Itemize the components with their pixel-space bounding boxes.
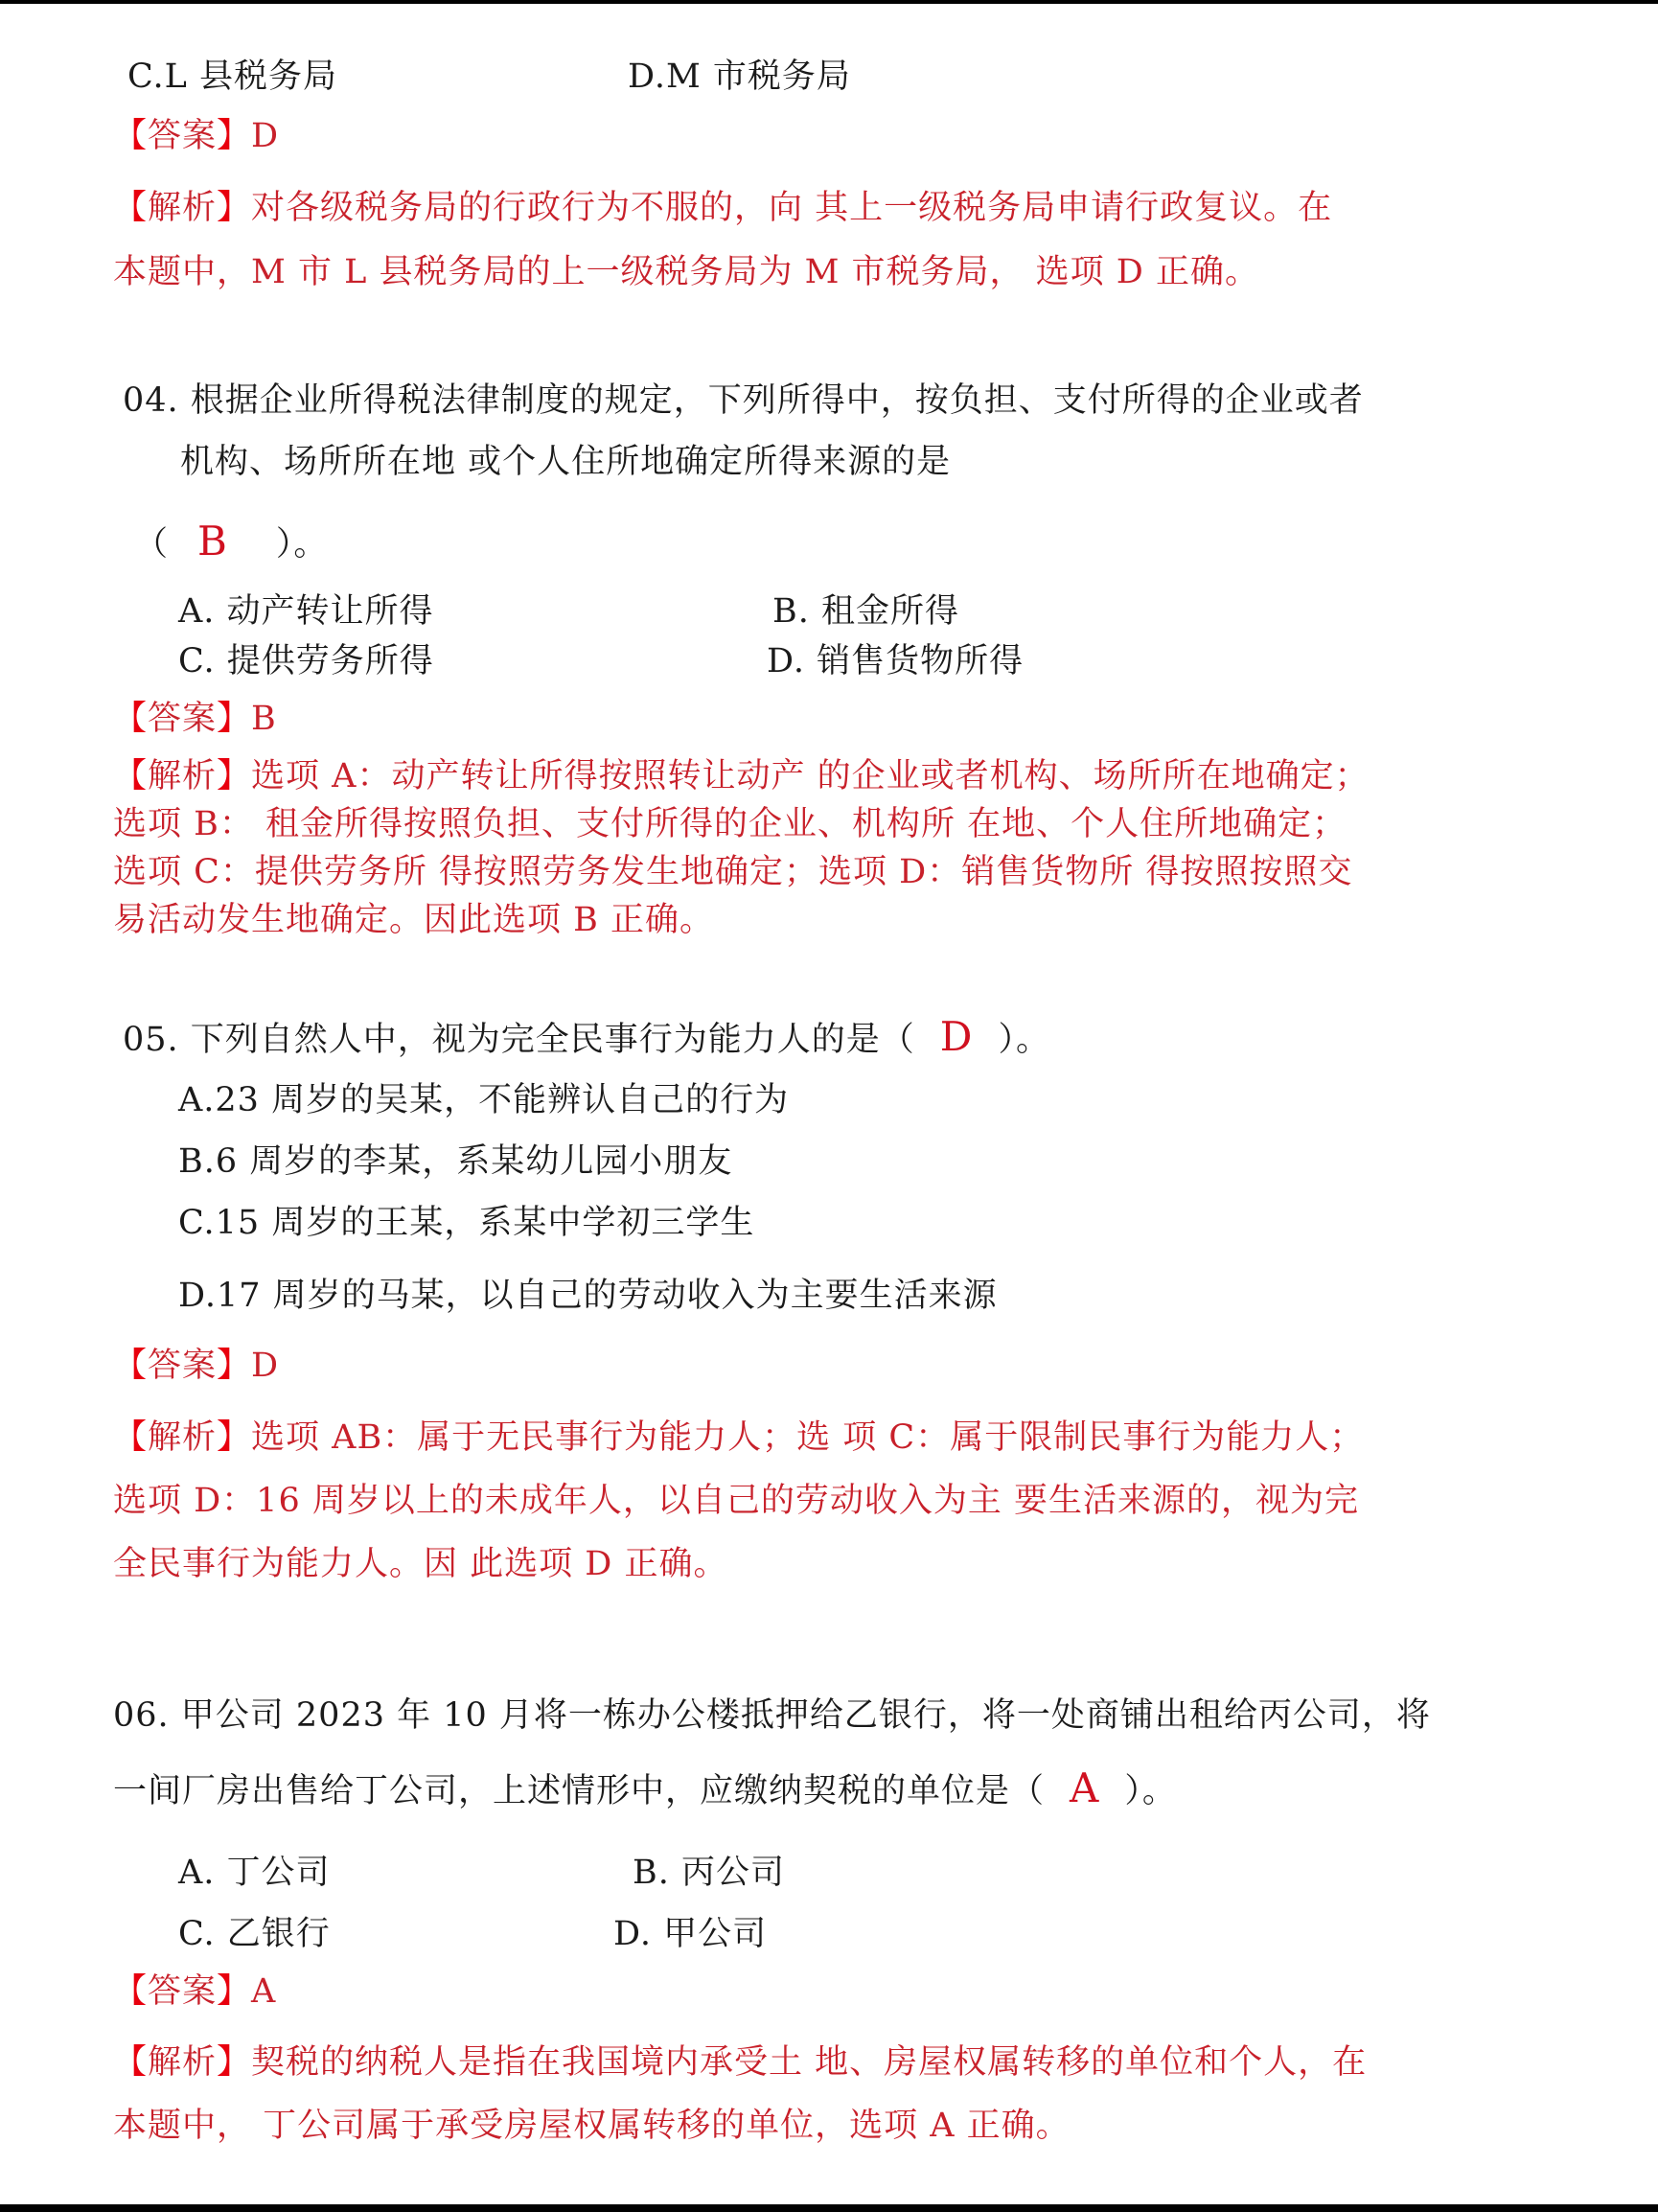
blank-answer: D — [940, 1013, 974, 1060]
question-stem: 06. 甲公司 2023 年 10 月将一栋办公楼抵押给乙银行，将一处商铺出租给… — [113, 1696, 1431, 1735]
analysis-line: 选项 B： 租金所得按照负担、支付所得的企业、机构所 在地、个人住所地确定； — [113, 805, 1347, 843]
analysis-line: 【解析】选项 A：动产转让所得按照转让动产 的企业或者机构、场所所在地确定； — [113, 757, 1370, 795]
analysis-line: 【解析】对各级税务局的行政行为不服的，向 其上一级税务局申请行政复议。在 — [113, 189, 1332, 227]
blank-answer: A — [1070, 1764, 1099, 1811]
answer-label: 答案 — [148, 117, 217, 155]
analysis-text: 对各级税务局的行政行为不服的，向 其上一级税务局申请行政复议。在 — [251, 189, 1332, 227]
question-stem: 一间厂房出售给丁公司，上述情形中，应缴纳契税的单位是（A）。 — [113, 1769, 1177, 1810]
bracket-close: 】 — [217, 189, 251, 227]
analysis-line: 选项 C：提供劳务所 得按照劳务发生地确定；选项 D：销售货物所 得按照按照交 — [113, 853, 1352, 891]
option-c: C. 乙银行 — [178, 1915, 331, 1953]
paren-close: ）。 — [1124, 1772, 1177, 1810]
bracket-open: 【 — [113, 1418, 148, 1457]
analysis-label: 解析 — [148, 2043, 217, 2082]
bracket-close: 】 — [217, 2043, 251, 2082]
answer-value: D — [251, 117, 279, 155]
bracket-open: 【 — [113, 757, 148, 795]
analysis-line: 【解析】契税的纳税人是指在我国境内承受土 地、房屋权属转移的单位和个人，在 — [113, 2043, 1367, 2082]
question-stem: 05. 下列自然人中，视为完全民事行为能力人的是（D）。 — [123, 1018, 1050, 1059]
analysis-label: 解析 — [148, 1418, 217, 1457]
question-stem: 机构、场所所在地 或个人住所地确定所得来源的是 — [180, 443, 951, 481]
option-a: A. 丁公司 — [178, 1854, 331, 1892]
analysis-line: 【解析】选项 AB：属于无民事行为能力人；选 项 C：属于限制民事行为能力人； — [113, 1418, 1364, 1457]
analysis-line: 全民事行为能力人。因 此选项 D 正确。 — [113, 1545, 727, 1583]
answer-line: 【答案】D — [113, 117, 279, 155]
bracket-close: 】 — [217, 1972, 251, 2011]
option-d: D. 销售货物所得 — [767, 642, 1024, 680]
option-b: B.6 周岁的李某，系某幼儿园小朋友 — [178, 1142, 732, 1181]
bracket-open: 【 — [113, 1347, 148, 1385]
bracket-close: 】 — [217, 117, 251, 155]
bracket-close: 】 — [217, 1418, 251, 1457]
analysis-text: 契税的纳税人是指在我国境内承受土 地、房屋权属转移的单位和个人，在 — [251, 2043, 1367, 2082]
answer-line: 【答案】D — [113, 1347, 279, 1385]
bracket-open: 【 — [113, 700, 148, 738]
option-c: C.L 县税务局 — [127, 58, 337, 96]
stem-text: 05. 下列自然人中，视为完全民事行为能力人的是（ — [123, 1021, 915, 1059]
bracket-close: 】 — [217, 700, 251, 738]
option-b: B. 租金所得 — [772, 592, 959, 631]
stem-text: 一间厂房出售给丁公司，上述情形中，应缴纳契税的单位是（ — [113, 1772, 1045, 1810]
answer-value: A — [251, 1972, 276, 2011]
bracket-open: 【 — [113, 117, 148, 155]
analysis-label: 解析 — [148, 189, 217, 227]
analysis-text: 选项 AB：属于无民事行为能力人；选 项 C：属于限制民事行为能力人； — [251, 1418, 1364, 1457]
analysis-line: 本题中， 丁公司属于承受房屋权属转移的单位，选项 A 正确。 — [113, 2107, 1071, 2145]
analysis-line: 本题中，M 市 L 县税务局的上一级税务局为 M 市税务局， 选项 D 正确。 — [113, 253, 1259, 291]
bracket-close: 】 — [217, 757, 251, 795]
bottom-border — [0, 2204, 1658, 2212]
bracket-open: 【 — [113, 2043, 148, 2082]
bracket-open: 【 — [113, 1972, 148, 2011]
option-c: C.15 周岁的王某，系某中学初三学生 — [178, 1204, 754, 1242]
answer-blank: （B）。 — [134, 522, 328, 564]
answer-label: 答案 — [148, 700, 217, 738]
answer-value: D — [251, 1347, 279, 1385]
paren-close: ）。 — [276, 525, 329, 564]
option-d: D.17 周岁的马某，以自己的劳动收入为主要生活来源 — [178, 1277, 998, 1315]
answer-label: 答案 — [148, 1972, 217, 2011]
option-b: B. 丙公司 — [633, 1854, 785, 1892]
analysis-text: 选项 A：动产转让所得按照转让动产 的企业或者机构、场所所在地确定； — [251, 757, 1370, 795]
top-border — [0, 0, 1658, 4]
option-c: C. 提供劳务所得 — [178, 642, 434, 680]
bracket-close: 】 — [217, 1347, 251, 1385]
blank-answer: B — [197, 518, 228, 565]
paren-close: ）。 — [998, 1021, 1050, 1059]
analysis-label: 解析 — [148, 757, 217, 795]
option-a: A.23 周岁的吴某，不能辨认自己的行为 — [178, 1081, 789, 1119]
analysis-line: 易活动发生地确定。因此选项 B 正确。 — [113, 901, 714, 939]
question-stem: 04. 根据企业所得税法律制度的规定，下列所得中，按负担、支付所得的企业或者 — [123, 381, 1364, 420]
answer-value: B — [251, 700, 277, 738]
option-d: D. 甲公司 — [613, 1915, 767, 1953]
option-d: D.M 市税务局 — [628, 58, 851, 96]
paren-open: （ — [134, 525, 169, 564]
answer-line: 【答案】A — [113, 1972, 276, 2011]
option-a: A. 动产转让所得 — [178, 592, 434, 631]
answer-line: 【答案】B — [113, 700, 277, 738]
answer-label: 答案 — [148, 1347, 217, 1385]
analysis-line: 选项 D：16 周岁以上的未成年人，以自己的劳动收入为主 要生活来源的，视为完 — [113, 1482, 1359, 1520]
bracket-open: 【 — [113, 189, 148, 227]
